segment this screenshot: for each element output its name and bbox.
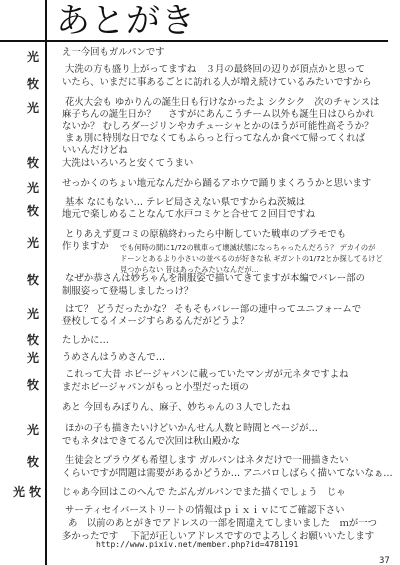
dialogue-line: はて？ どうだったかな？ そもそもバレー部の連中ってユニフォームで — [62, 304, 361, 317]
speaker-label: 牧 — [27, 156, 39, 170]
aside-note: ドーンとあるより小さいの並べるのが好きな私 ギガントの1/72とか探してるけど — [120, 254, 383, 264]
dialogue-line: まだホビージャパンがもっと小型だった頃の — [62, 382, 249, 395]
dialogue-line: 麻子ちんの誕生日か？ さすがにあんこうチーム以外も誕生日はひらかれ — [62, 109, 374, 122]
speaker-label-both: 光 牧 — [13, 485, 41, 499]
dialogue-line: ほかの子も描きたいけどいかんせん人数と時間とページが… — [62, 423, 318, 436]
speaker-label: 牧 — [27, 378, 39, 392]
dialogue-line: 花火大会も ゆかりんの誕生日も行けなかったよ シクシク 次のチャンスは — [62, 97, 379, 110]
dialogue-line: じゃあ今回はこのへんで たぶんガルパンでまた描くでしょう じゃ — [62, 487, 346, 500]
speaker-label: 牧 — [27, 273, 39, 287]
speaker-label: 光 — [27, 236, 39, 250]
dialogue-line: 登校してるイメージすらあるんだがどうよ？ — [62, 316, 249, 329]
pixiv-url-link[interactable]: http://www.pixiv.net/member.php?id=47811… — [96, 540, 298, 549]
dialogue-line: たしかに… — [62, 335, 109, 348]
dialogue-line: いたら、いまだに事あるごとに訪れる人が増え続けているみたいですから — [62, 77, 371, 90]
speaker-label: 光 — [27, 307, 39, 321]
dialogue-line: 作りますか — [62, 241, 109, 254]
dialogue-line: なぜか恭さんは妙ちゃんを制服姿で描いてきてますが本編でバレー部の — [62, 273, 365, 286]
dialogue-line: 大洗の方も盛り上がってますね ３月の最終回の辺りが頂点かと思って — [62, 64, 365, 77]
speaker-label: 光 — [27, 181, 39, 195]
dialogue-line: いいんだけどね — [62, 145, 128, 158]
dialogue-line: ないか？ むしろダージリンやカチューシャとかのほうが可能性高そうか？ — [62, 121, 374, 134]
dialogue-line: これって大昔 ホビージャパンに載っていたマンガが元ネタですよね — [62, 369, 348, 382]
dialogue-line: 生徒会とプラウダも希望します ガルパンはネタだけで一冊描きたい — [62, 455, 348, 468]
dialogue-line: でもネタはできてるんで次回は秋山殿かな — [62, 436, 240, 449]
vertical-divider — [45, 0, 47, 565]
dialogue-line: せっかくのちょい地元なんだから踊るアホウで踊りまくろうかと思います — [62, 178, 371, 191]
dialogue-line: 制服姿って登場しましたっけ？ — [62, 286, 193, 299]
dialogue-line: え一今回もガルパンです — [62, 47, 164, 60]
aside-note: でも何時の間に1/72の戦車って壊滅状態になっちゃったんだろう？ デカイのが — [120, 243, 375, 253]
dialogue-line: うめさんはうめさんで… — [62, 352, 165, 365]
speaker-label: 牧 — [27, 333, 39, 347]
dialogue-line: あと 今回もみぽりん、麻子、妙ちゃんの３人でしたね — [62, 402, 291, 415]
speaker-label: 牧 — [27, 455, 39, 469]
dialogue-line: まぁ別に特別な日でなくてもふらっと行ってなんか食べて帰ってくれば — [62, 133, 365, 146]
dialogue-line: とりあえず夏コミの原稿終わったら中断していた戦車のプラモでも — [62, 229, 346, 242]
dialogue-line: 大洗はいろいろと安くてうまい — [62, 158, 193, 171]
dialogue-line: 地元で楽しめることなんて水戸コミケと合せて２回目ですね — [62, 209, 315, 222]
footer-note-line: あ 以前のあとがきでアドレスの一部を間違えてしまいました ｍが一つ — [62, 518, 377, 531]
speaker-label: 光 — [27, 101, 39, 115]
speaker-label: 牧 — [27, 204, 39, 218]
dialogue-line: くらいですが問題は需要があるかどうか… アニパロしばらく描いてないなぁ… — [62, 468, 393, 481]
speaker-label: 牧 — [27, 77, 39, 91]
speaker-label: 光 — [27, 423, 39, 437]
dialogue-line: 基本 なにもない… テレビ局さえない県ですからね茨城は — [62, 197, 305, 210]
footer-note-line: サーティセイバーストリートの情報はｐｉｘｉｖにてご確認下さい — [62, 505, 345, 518]
speaker-label: 光 — [27, 351, 39, 365]
page-title: あとがき — [56, 2, 196, 40]
speaker-label: 光 — [27, 50, 39, 64]
page-number: 37 — [379, 556, 390, 565]
